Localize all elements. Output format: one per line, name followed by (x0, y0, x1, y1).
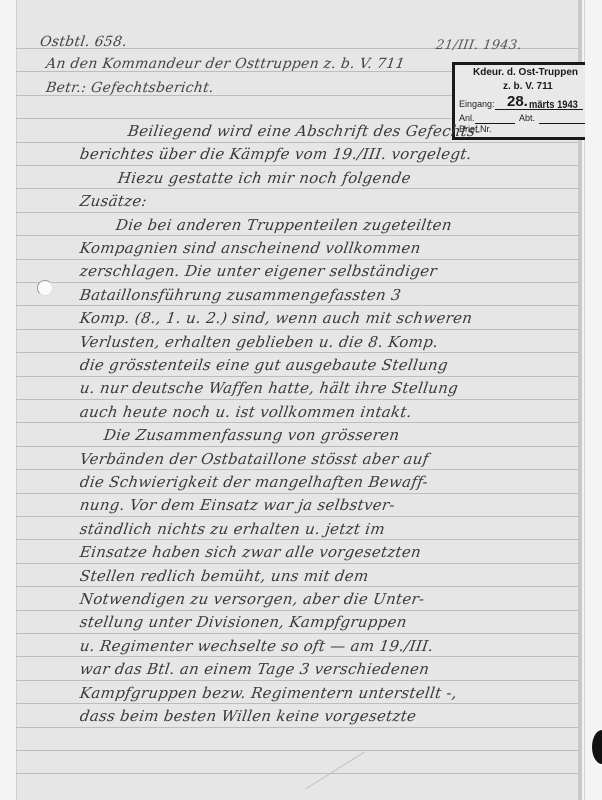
body-line: berichtes über die Kämpfe vom 19./III. v… (79, 145, 473, 163)
body-line: zerschlagen. Die unter eigener selbständ… (79, 262, 438, 280)
ruled-line (16, 142, 578, 143)
ruled-line (16, 656, 578, 657)
ruled-line (16, 305, 578, 306)
ruled-line (16, 188, 578, 189)
body-line: Verbänden der Ostbataillone stösst aber … (79, 450, 430, 468)
stamp-received-day: 28. (507, 93, 528, 110)
ruled-line (16, 282, 578, 283)
stamp-rule (495, 109, 583, 110)
body-line: Notwendigen zu versorgen, aber die Unter… (79, 590, 426, 608)
body-line: die grösstenteils eine gut ausgebaute St… (79, 356, 450, 374)
ruled-line (16, 165, 578, 166)
body-line: u. nur deutsche Waffen hatte, hält ihre … (79, 379, 460, 397)
ruled-line (16, 259, 578, 260)
recipient-line: An den Kommandeur der Osttruppen z. b. V… (45, 56, 406, 72)
ruled-line (16, 212, 578, 213)
ruled-line (16, 586, 578, 587)
body-line: Verlusten, erhalten geblieben u. die 8. … (79, 333, 440, 351)
ruled-line (16, 610, 578, 611)
stamp-received-label: Eingang: (459, 99, 495, 109)
ruled-line (16, 563, 578, 564)
ruled-line (16, 469, 578, 470)
ruled-line (16, 422, 578, 423)
body-line: Hiezu gestatte ich mir noch folgende (117, 169, 412, 187)
body-line: die Schwierigkeit der mangelhaften Bewaf… (79, 473, 429, 491)
stamp-abt-label: Abt. (519, 113, 535, 123)
ruled-line (16, 773, 578, 774)
subject-line: Betr.: Gefechtsbericht. (45, 80, 215, 96)
body-line: auch heute noch u. ist vollkommen intakt… (79, 403, 413, 421)
body-line: Bataillonsführung zusammengefassten 3 (79, 286, 403, 304)
ruled-line (16, 516, 578, 517)
ruled-line (16, 633, 578, 634)
body-line: Die bei anderen Truppenteilen zugeteilte… (115, 216, 453, 234)
body-line: Einsatze haben sich zwar alle vorgesetzt… (79, 543, 423, 561)
ruled-line (16, 399, 578, 400)
body-line: Stellen redlich bemüht, uns mit dem (79, 567, 370, 585)
ruled-line (16, 235, 578, 236)
body-line: war das Btl. an einem Tage 3 verschieden… (79, 660, 431, 678)
body-line: Komp. (8., 1. u. 2.) sind, wenn auch mit… (79, 309, 474, 327)
ruled-line (16, 376, 578, 377)
body-line: nung. Vor dem Einsatz war ja selbstver- (79, 496, 396, 514)
body-line: Die Zusammenfassung von grösseren (103, 426, 401, 444)
body-line: Kompagnien sind anscheinend vollkommen (79, 239, 422, 257)
stamp-unit: z. b. V. 711 (503, 81, 553, 92)
body-line: stellung unter Divisionen, Kampfgruppen (79, 613, 408, 631)
ruled-line (16, 750, 578, 751)
ruled-line (16, 680, 578, 681)
punch-hole-icon (37, 280, 53, 296)
body-line: Kampfgruppen bezw. Regimentern unterstel… (79, 684, 459, 702)
stamp-rule (539, 123, 585, 124)
ruled-line (16, 493, 578, 494)
body-line: u. Regimenter wechselte so oft — am 19./… (79, 637, 435, 655)
ruled-line (16, 539, 578, 540)
body-line: dass beim besten Willen keine vorgesetzt… (79, 707, 418, 725)
body-line: Beiliegend wird eine Abschrift des Gefec… (127, 122, 482, 140)
stamp-office: Kdeur. d. Ost-Truppen (473, 67, 578, 78)
ruled-line (16, 727, 578, 728)
ruled-line (16, 352, 578, 353)
ruled-line (16, 329, 578, 330)
reference-number: Ostbtl. 658. (39, 34, 128, 50)
body-line: Zusätze: (79, 192, 149, 210)
ruled-line (16, 703, 578, 704)
ruled-line (16, 446, 578, 447)
body-line: ständlich nichts zu erhalten u. jetzt im (79, 520, 386, 538)
letter-date: 21/III. 1943. (435, 38, 523, 53)
